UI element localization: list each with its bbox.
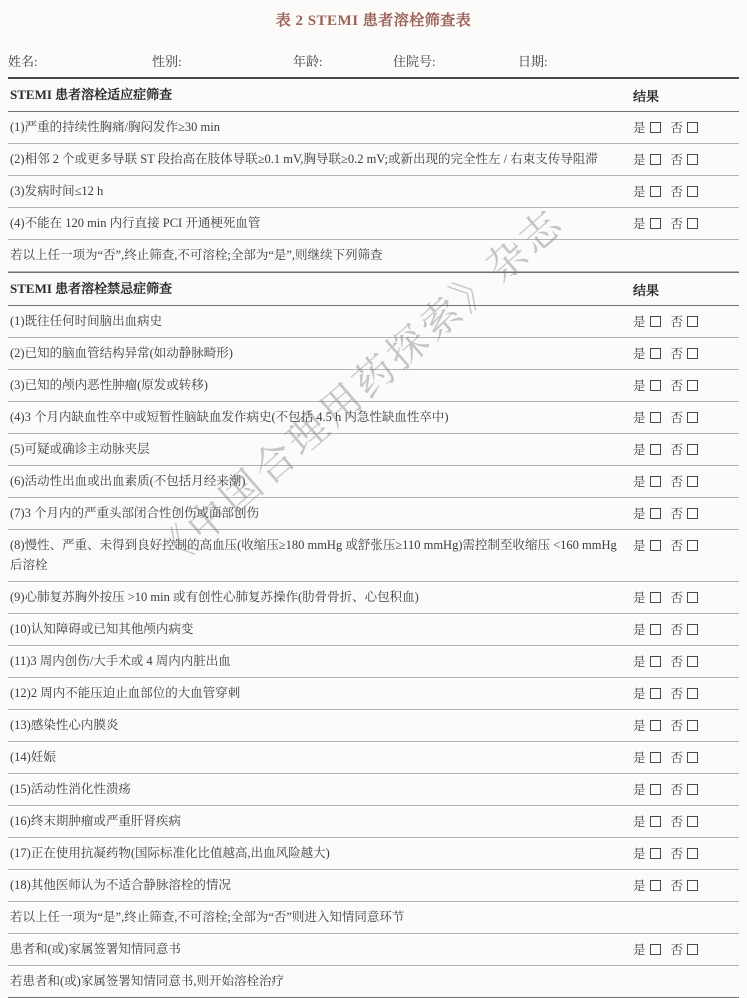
no-checkbox[interactable] — [687, 656, 698, 667]
item-result: 是否 — [633, 939, 737, 958]
yes-label: 是 — [633, 379, 646, 393]
item-result: 是否 — [633, 715, 737, 734]
yes-checkbox[interactable] — [650, 880, 661, 891]
section-header-indications: STEMI 患者溶栓适应症筛查 结果 — [8, 79, 739, 112]
no-label: 否 — [671, 475, 684, 489]
screening-item-row: (1)既往任何时间脑出血病史 是否 — [8, 306, 739, 338]
no-checkbox[interactable] — [687, 476, 698, 487]
yes-checkbox[interactable] — [650, 624, 661, 635]
consent-row: 患者和(或)家属签署知情同意书 是否 — [8, 934, 739, 966]
yes-label: 是 — [633, 815, 646, 829]
no-checkbox[interactable] — [687, 316, 698, 327]
item-text: (17)正在使用抗凝药物(国际标准化比值越高,出血风险越大) — [10, 843, 633, 863]
no-checkbox[interactable] — [687, 380, 698, 391]
no-checkbox[interactable] — [687, 880, 698, 891]
screening-item-row: (17)正在使用抗凝药物(国际标准化比值越高,出血风险越大) 是否 — [8, 838, 739, 870]
yes-checkbox[interactable] — [650, 316, 661, 327]
yes-checkbox[interactable] — [650, 122, 661, 133]
item-result: 是否 — [633, 683, 737, 702]
no-label: 否 — [671, 847, 684, 861]
no-checkbox[interactable] — [687, 720, 698, 731]
no-label: 否 — [671, 879, 684, 893]
yes-label: 是 — [633, 847, 646, 861]
yes-label: 是 — [633, 783, 646, 797]
no-label: 否 — [671, 443, 684, 457]
yes-checkbox[interactable] — [650, 476, 661, 487]
result-column-header: 结果 — [633, 279, 737, 299]
no-label: 否 — [671, 719, 684, 733]
page-title: 表 2 STEMI 患者溶栓筛查表 — [0, 0, 747, 30]
screening-item-row: (11)3 周内创伤/大手术或 4 周内内脏出血 是否 — [8, 646, 739, 678]
no-checkbox[interactable] — [687, 624, 698, 635]
item-text: (6)活动性出血或出血素质(不包括月经来潮) — [10, 471, 633, 491]
no-checkbox[interactable] — [687, 508, 698, 519]
yes-checkbox[interactable] — [650, 348, 661, 359]
screening-item-row: (12)2 周内不能压迫止血部位的大血管穿刺 是否 — [8, 678, 739, 710]
section-header-contraindications: STEMI 患者溶栓禁忌症筛查 结果 — [8, 272, 739, 306]
item-result: 是否 — [633, 117, 737, 136]
yes-checkbox[interactable] — [650, 154, 661, 165]
yes-label: 是 — [633, 443, 646, 457]
no-checkbox[interactable] — [687, 186, 698, 197]
screening-item-row: (3)发病时间≤12 h 是否 — [8, 176, 739, 208]
yes-label: 是 — [633, 655, 646, 669]
screening-item-row: (10)认知障碍或已知其他颅内病变 是否 — [8, 614, 739, 646]
screening-item-row: (15)活动性消化性溃疡 是否 — [8, 774, 739, 806]
yes-checkbox[interactable] — [650, 944, 661, 955]
item-text: (2)相邻 2 个或更多导联 ST 段抬高在肢体导联≥0.1 mV,胸导联≥0.… — [10, 149, 633, 169]
yes-checkbox[interactable] — [650, 508, 661, 519]
yes-checkbox[interactable] — [650, 412, 661, 423]
yes-checkbox[interactable] — [650, 592, 661, 603]
gender-field-label: 性别: — [152, 51, 293, 70]
item-text: (4)3 个月内缺血性卒中或短暂性脑缺血发作病史(不包括 4.5 h 内急性缺血… — [10, 407, 633, 427]
yes-checkbox[interactable] — [650, 444, 661, 455]
yes-label: 是 — [633, 475, 646, 489]
item-text: (16)终末期肿瘤或严重肝肾疾病 — [10, 811, 633, 831]
no-label: 否 — [671, 153, 684, 167]
no-checkbox[interactable] — [687, 752, 698, 763]
screening-item-row: (9)心肺复苏胸外按压 >10 min 或有创性心肺复苏操作(肋骨骨折、心包积血… — [8, 582, 739, 614]
yes-checkbox[interactable] — [650, 816, 661, 827]
item-text: (8)慢性、严重、未得到良好控制的高血压(收缩压≥180 mmHg 或舒张压≥1… — [10, 535, 633, 575]
item-text: (4)不能在 120 min 内行直接 PCI 开通梗死血管 — [10, 213, 633, 233]
no-label: 否 — [671, 315, 684, 329]
note-row: 若以上任一项为“是”,终止筛查,不可溶栓;全部为“否”则进入知情同意环节 — [8, 902, 739, 934]
item-text: (12)2 周内不能压迫止血部位的大血管穿刺 — [10, 683, 633, 703]
no-label: 否 — [671, 185, 684, 199]
no-checkbox[interactable] — [687, 688, 698, 699]
name-field-label: 姓名: — [8, 51, 152, 70]
yes-checkbox[interactable] — [650, 656, 661, 667]
note-row: 若患者和(或)家属签署知情同意书,则开始溶栓治疗 — [8, 966, 739, 998]
item-text: (1)严重的持续性胸痛/胸闷发作≥30 min — [10, 117, 633, 137]
item-result: 是否 — [633, 843, 737, 862]
item-result: 是否 — [633, 779, 737, 798]
screening-item-row: (2)相邻 2 个或更多导联 ST 段抬高在肢体导联≥0.1 mV,胸导联≥0.… — [8, 144, 739, 176]
screening-item-row: (2)已知的脑血管结构异常(如动静脉畸形) 是否 — [8, 338, 739, 370]
no-label: 否 — [671, 217, 684, 231]
note-row: 若以上任一项为“否”,终止筛查,不可溶栓;全部为“是”,则继续下列筛查 — [8, 240, 739, 272]
yes-label: 是 — [633, 121, 646, 135]
age-field-label: 年龄: — [293, 51, 393, 70]
item-result: 是否 — [633, 375, 737, 394]
item-text: (7)3 个月内的严重头部闭合性创伤或面部创伤 — [10, 503, 633, 523]
screening-item-row: (13)感染性心内膜炎 是否 — [8, 710, 739, 742]
item-result: 是否 — [633, 471, 737, 490]
document-page: { "page": { "title": "表 2 STEMI 患者溶栓筛查表"… — [0, 0, 747, 998]
item-text: (2)已知的脑血管结构异常(如动静脉畸形) — [10, 343, 633, 363]
yes-checkbox[interactable] — [650, 848, 661, 859]
no-label: 否 — [671, 623, 684, 637]
item-result: 是否 — [633, 343, 737, 362]
no-label: 否 — [671, 655, 684, 669]
no-checkbox[interactable] — [687, 848, 698, 859]
no-label: 否 — [671, 783, 684, 797]
item-text: (3)已知的颅内恶性肿瘤(原发或转移) — [10, 375, 633, 395]
no-checkbox[interactable] — [687, 944, 698, 955]
section-title: STEMI 患者溶栓适应症筛查 — [10, 85, 633, 106]
item-text: (13)感染性心内膜炎 — [10, 715, 633, 735]
yes-label: 是 — [633, 411, 646, 425]
no-checkbox[interactable] — [687, 592, 698, 603]
no-checkbox[interactable] — [687, 816, 698, 827]
screening-item-row: (16)终末期肿瘤或严重肝肾疾病 是否 — [8, 806, 739, 838]
patient-info-row: 姓名: 性别: 年龄: 住院号: 日期: — [8, 51, 739, 70]
yes-label: 是 — [633, 153, 646, 167]
item-result: 是否 — [633, 587, 737, 606]
item-text: (10)认知障碍或已知其他颅内病变 — [10, 619, 633, 639]
item-text: 患者和(或)家属签署知情同意书 — [10, 939, 633, 959]
screening-item-row: (5)可疑或确诊主动脉夹层 是否 — [8, 434, 739, 466]
yes-checkbox[interactable] — [650, 784, 661, 795]
yes-label: 是 — [633, 347, 646, 361]
item-result: 是否 — [633, 619, 737, 638]
no-checkbox[interactable] — [687, 122, 698, 133]
yes-label: 是 — [633, 751, 646, 765]
no-checkbox[interactable] — [687, 154, 698, 165]
yes-label: 是 — [633, 507, 646, 521]
no-checkbox[interactable] — [687, 218, 698, 229]
result-column-header: 结果 — [633, 85, 737, 105]
item-result: 是否 — [633, 503, 737, 522]
no-checkbox[interactable] — [687, 784, 698, 795]
section-title: STEMI 患者溶栓禁忌症筛查 — [10, 279, 633, 300]
item-result: 是否 — [633, 311, 737, 330]
indication-items: (1)严重的持续性胸痛/胸闷发作≥30 min 是否 (2)相邻 2 个或更多导… — [8, 112, 739, 240]
yes-checkbox[interactable] — [650, 186, 661, 197]
screening-item-row: (7)3 个月内的严重头部闭合性创伤或面部创伤 是否 — [8, 498, 739, 530]
no-label: 否 — [671, 687, 684, 701]
date-field-label: 日期: — [518, 51, 739, 70]
yes-label: 是 — [633, 185, 646, 199]
yes-checkbox[interactable] — [650, 380, 661, 391]
no-label: 否 — [671, 121, 684, 135]
item-result: 是否 — [633, 875, 737, 894]
yes-label: 是 — [633, 217, 646, 231]
yes-label: 是 — [633, 539, 646, 553]
screening-item-row: (8)慢性、严重、未得到良好控制的高血压(收缩压≥180 mmHg 或舒张压≥1… — [8, 530, 739, 582]
no-label: 否 — [671, 347, 684, 361]
yes-checkbox[interactable] — [650, 218, 661, 229]
no-label: 否 — [671, 815, 684, 829]
item-text: (1)既往任何时间脑出血病史 — [10, 311, 633, 331]
item-text: (18)其他医师认为不适合静脉溶栓的情况 — [10, 875, 633, 895]
yes-checkbox[interactable] — [650, 720, 661, 731]
item-text: (15)活动性消化性溃疡 — [10, 779, 633, 799]
no-label: 否 — [671, 943, 684, 957]
admission-number-field-label: 住院号: — [393, 51, 518, 70]
yes-checkbox[interactable] — [650, 752, 661, 763]
yes-checkbox[interactable] — [650, 688, 661, 699]
no-label: 否 — [671, 539, 684, 553]
item-result: 是否 — [633, 407, 737, 426]
item-result: 是否 — [633, 535, 737, 554]
item-result: 是否 — [633, 181, 737, 200]
no-checkbox[interactable] — [687, 444, 698, 455]
screening-table: STEMI 患者溶栓适应症筛查 结果 (1)严重的持续性胸痛/胸闷发作≥30 m… — [8, 77, 739, 998]
no-label: 否 — [671, 379, 684, 393]
item-text: (14)妊娠 — [10, 747, 633, 767]
item-result: 是否 — [633, 213, 737, 232]
no-checkbox[interactable] — [687, 540, 698, 551]
yes-label: 是 — [633, 315, 646, 329]
item-result: 是否 — [633, 747, 737, 766]
no-label: 否 — [671, 591, 684, 605]
item-result: 是否 — [633, 811, 737, 830]
contraindication-items: (1)既往任何时间脑出血病史 是否 (2)已知的脑血管结构异常(如动静脉畸形) … — [8, 306, 739, 902]
yes-label: 是 — [633, 879, 646, 893]
screening-item-row: (4)3 个月内缺血性卒中或短暂性脑缺血发作病史(不包括 4.5 h 内急性缺血… — [8, 402, 739, 434]
screening-item-row: (14)妊娠 是否 — [8, 742, 739, 774]
screening-item-row: (3)已知的颅内恶性肿瘤(原发或转移) 是否 — [8, 370, 739, 402]
item-text: (5)可疑或确诊主动脉夹层 — [10, 439, 633, 459]
yes-label: 是 — [633, 591, 646, 605]
no-label: 否 — [671, 411, 684, 425]
yes-checkbox[interactable] — [650, 540, 661, 551]
screening-item-row: (18)其他医师认为不适合静脉溶栓的情况 是否 — [8, 870, 739, 902]
yes-label: 是 — [633, 719, 646, 733]
yes-label: 是 — [633, 687, 646, 701]
screening-item-row: (1)严重的持续性胸痛/胸闷发作≥30 min 是否 — [8, 112, 739, 144]
item-text: (11)3 周内创伤/大手术或 4 周内内脏出血 — [10, 651, 633, 671]
item-text: (9)心肺复苏胸外按压 >10 min 或有创性心肺复苏操作(肋骨骨折、心包积血… — [10, 587, 633, 607]
yes-label: 是 — [633, 943, 646, 957]
item-text: (3)发病时间≤12 h — [10, 181, 633, 201]
no-checkbox[interactable] — [687, 412, 698, 423]
item-result: 是否 — [633, 651, 737, 670]
no-label: 否 — [671, 507, 684, 521]
no-checkbox[interactable] — [687, 348, 698, 359]
no-label: 否 — [671, 751, 684, 765]
item-result: 是否 — [633, 439, 737, 458]
item-result: 是否 — [633, 149, 737, 168]
yes-label: 是 — [633, 623, 646, 637]
screening-item-row: (4)不能在 120 min 内行直接 PCI 开通梗死血管 是否 — [8, 208, 739, 240]
screening-item-row: (6)活动性出血或出血素质(不包括月经来潮) 是否 — [8, 466, 739, 498]
